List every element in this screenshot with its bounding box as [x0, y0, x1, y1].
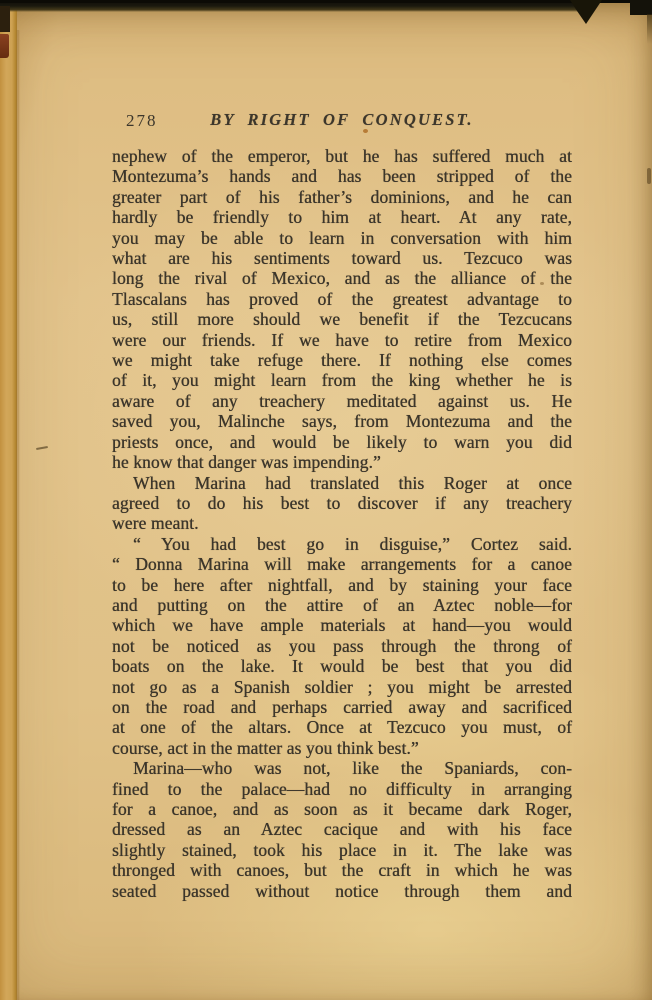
text-line: dressed as an Aztec cacique and with his…	[112, 819, 572, 839]
text-line: Montezuma’s hands and has been stripped …	[112, 166, 572, 186]
text-line: not be noticed as you pass through the t…	[112, 636, 572, 656]
text-line: nephew of the emperor, but he has suffer…	[112, 146, 572, 166]
binding-top-left-corner	[0, 6, 10, 32]
text-line: at one of the altars. Once at Tezcuco yo…	[112, 717, 572, 737]
text-line: us, still more should we benefit if the …	[112, 309, 572, 329]
text-line: When Marina had translated this Roger at…	[112, 473, 572, 493]
text-line: long the rival of Mexico, and as the all…	[112, 268, 572, 288]
text-line: greater part of his father’s dominions, …	[112, 187, 572, 207]
text-line: agreed to do his best to discover if any…	[112, 493, 572, 513]
text-line: seated passed without notice through the…	[112, 881, 572, 901]
text-line: what are his sentiments toward us. Tezcu…	[112, 248, 572, 268]
text-line: he know that danger was impending.”	[112, 452, 572, 472]
text-line: were meant.	[112, 513, 572, 533]
text-line: which we have ample materials at hand—yo…	[112, 615, 572, 635]
text-line: thronged with canoes, but the craft in w…	[112, 860, 572, 880]
page-stack-left-edge	[0, 10, 17, 1000]
text-line: to be here after nightfall, and by stain…	[112, 575, 572, 595]
text-line: Marina—who was not, like the Spaniards, …	[112, 758, 572, 778]
text-line: for a canoe, and as soon as it became da…	[112, 799, 572, 819]
text-line: Tlascalans has proved of the greatest ad…	[112, 289, 572, 309]
right-edge-shadow	[647, 14, 652, 44]
text-line: boats on the lake. It would be best that…	[112, 656, 572, 676]
text-line: course, act in the matter as you think b…	[112, 738, 572, 758]
text-line: of it, you might learn from the king whe…	[112, 370, 572, 390]
red-binding-tab	[0, 34, 9, 58]
text-line: “ Donna Marina will make arrangements fo…	[112, 554, 572, 574]
text-line: were our friends. If we have to retire f…	[112, 330, 572, 350]
text-line: fined to the palace—had no difficulty in…	[112, 779, 572, 799]
paper-stain	[647, 168, 651, 184]
text-line: not go as a Spanish soldier ; you might …	[112, 677, 572, 697]
book-page-scan: 278 BY RIGHT OF CONQUEST. nephew of the …	[0, 0, 652, 1000]
text-line: saved you, Malinche says, from Montezuma…	[112, 411, 572, 431]
text-line: and putting on the attire of an Aztec no…	[112, 595, 572, 615]
text-line: hardly be friendly to him at heart. At a…	[112, 207, 572, 227]
text-line: we might take refuge there. If nothing e…	[112, 350, 572, 370]
binding-top-line	[0, 0, 652, 3]
text-line: on the road and perhaps carried away and…	[112, 697, 572, 717]
binding-top-right-corner	[630, 0, 652, 15]
page-text-block: nephew of the emperor, but he has suffer…	[112, 146, 572, 901]
page-seam	[16, 30, 20, 1000]
text-line: you may be able to learn in conversation…	[112, 228, 572, 248]
text-line: “ You had best go in disguise,” Cortez s…	[112, 534, 572, 554]
text-line: slightly stained, took his place in it. …	[112, 840, 572, 860]
text-line: priests once, and would be likely to war…	[112, 432, 572, 452]
running-header: BY RIGHT OF CONQUEST.	[112, 110, 572, 130]
text-line: aware of any treachery meditated against…	[112, 391, 572, 411]
